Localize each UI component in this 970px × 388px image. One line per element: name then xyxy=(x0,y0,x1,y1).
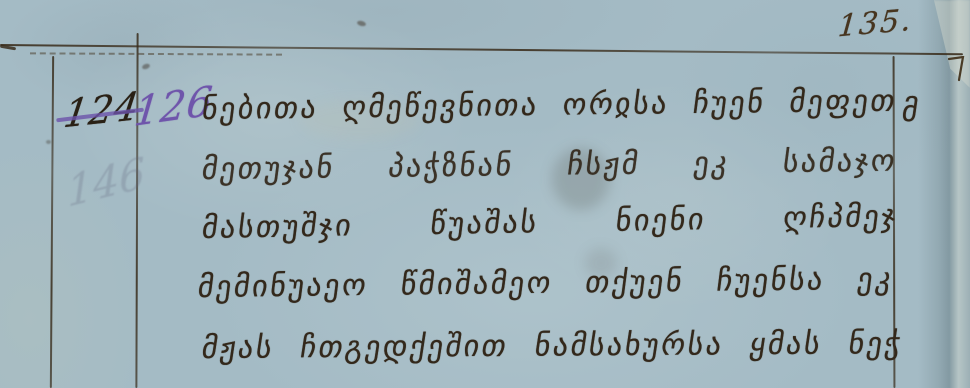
manuscript-line: მჟას ჩთგედქეშით ნამსახურსა ყმას ნეჭ xyxy=(199,326,905,366)
manuscript-page: 135. 124 126 146 ნებითა ღმეწევნითა ორჲსა… xyxy=(0,0,970,388)
ink-speck xyxy=(141,63,150,70)
manuscript-line: მემინუაეო წმიშამეო თქუენ ჩუენსა ეკ xyxy=(196,262,896,305)
top-rule-dashed-underline xyxy=(30,52,282,55)
manuscript-line: მეთუჯან პაჭზნან ჩსჟმ ეკ სამაჯო xyxy=(200,144,900,187)
ink-speck xyxy=(357,20,367,27)
ink-speck xyxy=(46,140,51,144)
manuscript-line: ნებითა ღმეწევნითა ორჲსა ჩუენ მეფეთ xyxy=(200,84,900,127)
folio-number: 135. xyxy=(837,3,915,45)
column-rule-left xyxy=(50,56,54,388)
ghost-record-number: 146 xyxy=(66,148,146,217)
next-page-edge-mark xyxy=(948,56,968,82)
manuscript-line: მასთუშჯი წუაშას ნიენი ღჩპმეჯ xyxy=(200,199,900,246)
